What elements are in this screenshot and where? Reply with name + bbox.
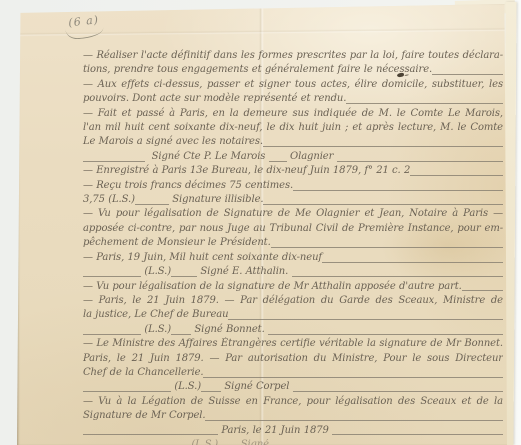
manuscript-line: l'an mil huit cent soixante dix-neuf, le…: [83, 121, 503, 135]
manuscript-line: Signature de Mr Corpel.: [83, 409, 503, 423]
manuscript-text: Signé Bonnet.: [191, 323, 268, 337]
filler-rule-line: [83, 158, 145, 162]
manuscript-text: Signé Cte P. Le Marois: [145, 150, 269, 164]
filler-rule-line: [171, 273, 197, 277]
manuscript-text: — Enregistré à Paris 13e Bureau, le dix-…: [83, 164, 410, 178]
manuscript-text: — Paris, le 21 Juin 1879. — Par délégati…: [83, 294, 503, 308]
manuscript-text: Signé Corpel: [221, 380, 293, 394]
manuscript-line: pêchement de Monsieur le Président.: [83, 236, 503, 250]
manuscript-text: — Vu à la Légation de Suisse en France, …: [83, 395, 503, 409]
filler-rule-line: [201, 388, 221, 392]
page-number-annotation: (6 a): [68, 12, 116, 43]
filler-rule-line: [346, 100, 503, 104]
manuscript-line: (L.S.) Signé Bonnet.: [83, 323, 503, 337]
manuscript-line: Signé Cte P. Le Marois Olagnier: [83, 150, 503, 164]
manuscript-text-block: — Réaliser l'acte définitif dans les for…: [83, 49, 503, 445]
manuscript-text: Chef de la Chancellerie.: [83, 366, 203, 380]
filler-rule-line: [203, 374, 503, 378]
filler-rule-line: [83, 273, 141, 277]
filler-rule-line: [228, 316, 503, 320]
manuscript-text: pêchement de Monsieur le Président.: [83, 236, 271, 250]
filler-rule-line: [462, 287, 503, 291]
filler-rule-line: [83, 431, 218, 435]
filler-rule-line: [271, 244, 503, 248]
manuscript-line: — Vu à la Légation de Suisse en France, …: [83, 395, 503, 409]
filler-rule-line: [322, 259, 503, 263]
manuscript-line: 3,75 (L.S.) Signature illisible.: [83, 193, 503, 207]
manuscript-line: la justice, Le Chef de Bureau: [83, 308, 503, 322]
filler-rule-line: [432, 71, 503, 75]
manuscript-text: Olagnier: [287, 150, 337, 164]
filler-rule-line: [263, 201, 503, 205]
manuscript-text: Paris, le 21 Juin 1879: [218, 424, 332, 438]
filler-rule-line: [410, 172, 503, 176]
manuscript-line: Le Marois a signé avec les notaires.: [83, 135, 503, 149]
manuscript-text: — Le Ministre des Affaires Étrangères ce…: [83, 337, 503, 351]
manuscript-line: (L.S.) Signé: [83, 438, 503, 445]
manuscript-line: — Paris, 19 Juin, Mil huit cent soixante…: [83, 251, 503, 265]
manuscript-line: (L.S.) Signé E. Atthalin.: [83, 265, 503, 279]
manuscript-line: — Paris, le 21 Juin 1879. — Par délégati…: [83, 294, 503, 308]
manuscript-line: tions, prendre tous engagements et génér…: [83, 63, 503, 77]
manuscript-text: (L.S.): [141, 323, 171, 337]
manuscript-text: Signé E. Atthalin.: [197, 265, 292, 279]
manuscript-text: (L.S.): [171, 380, 201, 394]
filler-rule-line: [269, 158, 287, 162]
manuscript-text: — Fait et passé à Paris, en la demeure s…: [83, 107, 503, 121]
manuscript-text: — Vu pour légalisation de Signature de M…: [83, 207, 503, 221]
manuscript-text: Paris, le 21 Juin 1879. — Par autorisati…: [83, 352, 503, 366]
manuscript-line: — Aux effets ci-dessus, passer et signer…: [83, 78, 503, 92]
manuscript-text: l'an mil huit cent soixante dix-neuf, le…: [83, 121, 503, 135]
manuscript-line: — Enregistré à Paris 13e Bureau, le dix-…: [83, 164, 503, 178]
manuscript-text: 3,75 (L.S.): [83, 193, 135, 207]
scanned-document: (6 a) — Réaliser l'acte définitif dans l…: [0, 0, 521, 445]
manuscript-line: pouvoirs. Dont acte sur modèle représent…: [83, 92, 503, 106]
filler-rule-line: [205, 417, 503, 421]
filler-rule-line: [83, 388, 171, 392]
manuscript-line: (L.S.) Signé Corpel: [83, 380, 503, 394]
manuscript-text: — Reçu trois francs décimes 75 centimes.: [83, 179, 293, 193]
manuscript-text: (L.S.): [188, 438, 221, 445]
manuscript-text: pouvoirs. Dont acte sur modèle représent…: [83, 92, 346, 106]
manuscript-line: Paris, le 21 Juin 1879: [83, 424, 503, 438]
paper-sheet: (6 a) — Réaliser l'acte définitif dans l…: [17, 4, 507, 445]
manuscript-line: Chef de la Chancellerie.: [83, 366, 503, 380]
manuscript-text: — Aux effets ci-dessus, passer et signer…: [83, 78, 503, 92]
manuscript-line: — Fait et passé à Paris, en la demeure s…: [83, 107, 503, 121]
filler-rule-line: [332, 431, 503, 435]
filler-rule-line: [337, 158, 503, 162]
manuscript-text: apposée ci-contre, par nous Juge au Trib…: [83, 222, 503, 236]
manuscript-text: la justice, Le Chef de Bureau: [83, 308, 228, 322]
manuscript-text: Signature illisible.: [169, 193, 264, 207]
manuscript-text: tions, prendre tous engagements et génér…: [83, 63, 432, 77]
manuscript-line: — Réaliser l'acte définitif dans les for…: [83, 49, 503, 63]
filler-rule-line: [135, 201, 169, 205]
manuscript-text: — Paris, 19 Juin, Mil huit cent soixante…: [83, 251, 322, 265]
manuscript-line: apposée ci-contre, par nous Juge au Trib…: [83, 222, 503, 236]
manuscript-text: Signé: [237, 438, 272, 445]
filler-rule-line: [268, 331, 503, 335]
filler-rule-line: [171, 331, 191, 335]
manuscript-line: — Vu pour légalisation de Signature de M…: [83, 207, 503, 221]
manuscript-text: (L.S.): [141, 265, 171, 279]
manuscript-text: — Vu pour légalisation de la signature d…: [83, 280, 462, 294]
manuscript-line: Paris, le 21 Juin 1879. — Par autorisati…: [83, 352, 503, 366]
manuscript-line: — Reçu trois francs décimes 75 centimes.: [83, 179, 503, 193]
filler-rule-line: [293, 187, 503, 191]
manuscript-text: — Réaliser l'acte définitif dans les for…: [83, 49, 503, 63]
pencil-swoop-mark: [65, 23, 104, 39]
filler-rule-line: [83, 331, 141, 335]
manuscript-line: — Le Ministre des Affaires Étrangères ce…: [83, 337, 503, 351]
manuscript-text: Le Marois a signé avec les notaires.: [83, 135, 263, 149]
filler-rule-line: [293, 388, 503, 392]
manuscript-line: — Vu pour légalisation de la signature d…: [83, 280, 503, 294]
filler-rule-line: [292, 273, 503, 277]
filler-rule-line: [263, 143, 503, 147]
manuscript-text: Signature de Mr Corpel.: [83, 409, 205, 423]
